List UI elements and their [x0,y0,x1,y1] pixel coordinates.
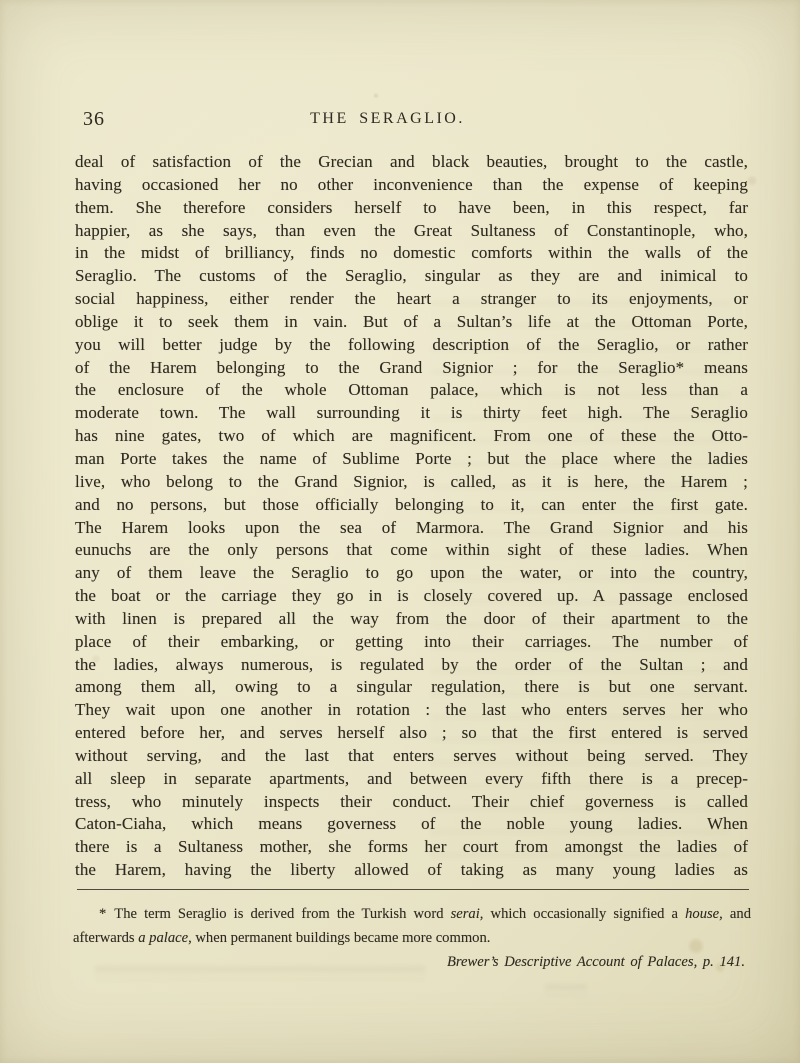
text-line: having occasioned her no other inconveni… [75,174,748,197]
text-line: with linen is prepared all the way from … [75,608,748,631]
text-line: man Porte takes the name of Sublime Port… [75,448,748,471]
footnote-line1-pre: The term Seraglio is derived from the Tu… [114,906,450,922]
footnote-term-house: house [685,906,719,922]
text-line: the ladies, always numerous, is regulate… [75,654,748,677]
footnote-term-serai: serai [451,906,480,922]
text-line: live, who belong to the Grand Signior, i… [75,471,748,494]
text-line: The Harem looks upon the sea of Marmora.… [75,517,748,540]
book-page: 36 THE SERAGLIO. deal of satisfaction of… [0,0,800,1063]
text-line: and no persons, but those officially bel… [75,494,748,517]
text-line: there is a Sultaness mother, she forms h… [75,836,748,859]
text-line: in the midst of brilliancy, finds no dom… [75,242,748,265]
text-line: entered before her, and serves herself a… [75,722,748,745]
text-line: any of them leave the Seraglio to go upo… [75,562,748,585]
footnote-line2-post: , when permanent buildings became more c… [188,930,490,946]
text-line: eunuchs are the only persons that come w… [75,539,748,562]
text-line: the enclosure of the whole Ottoman palac… [75,379,748,402]
text-line: among them all, owing to a singular regu… [75,676,748,699]
text-line: oblige it to seek them in vain. But of a… [75,311,748,334]
footnote-term-palace: a palace [138,930,188,946]
text-line: happier, as she says, than even the Grea… [75,220,748,243]
text-line: you will better judge by the following d… [75,334,748,357]
text-line: of the Harem belonging to the Grand Sign… [75,357,748,380]
bleed-through-texture [545,984,587,998]
text-line: the Harem, having the liberty allowed of… [75,859,748,882]
citation-page-ref: , p. 141. [694,954,745,970]
text-line: place of their embarking, or getting int… [75,631,748,654]
footnote-text: *The term Seraglio is derived from the T… [73,903,751,950]
footnote-citation: Brewer’s Descriptive Account of Palaces,… [73,951,745,975]
text-line: has nine gates, two of which are magnifi… [75,425,748,448]
text-line: tress, who minutely inspects their condu… [75,791,748,814]
running-header: 36 THE SERAGLIO. [75,108,748,136]
text-line: Caton-Ciaha, which means governess of th… [75,813,748,836]
text-line: social happiness, either render the hear… [75,288,748,311]
text-line: the boat or the carriage they go in is c… [75,585,748,608]
text-line: without serving, and the last that enter… [75,745,748,768]
text-line: moderate town. The wall surrounding it i… [75,402,748,425]
body-text: deal of satisfaction of the Grecian and … [75,151,748,882]
text-line: deal of satisfaction of the Grecian and … [75,151,748,174]
citation-title: Brewer’s Descriptive Account of Palaces [447,954,694,970]
running-header-title: THE SERAGLIO. [51,110,724,128]
text-line: all sleep in separate apartments, and be… [75,768,748,791]
text-line: Seraglio. The customs of the Seraglio, s… [75,265,748,288]
footnote-rule [77,889,749,890]
footnote: *The term Seraglio is derived from the T… [73,903,751,975]
footnote-line1-post: , which occasionally signified a [480,906,685,922]
text-line: them. She therefore considers herself to… [75,197,748,220]
footnote-marker: * [99,906,114,922]
text-line: They wait upon one another in rotation :… [75,699,748,722]
